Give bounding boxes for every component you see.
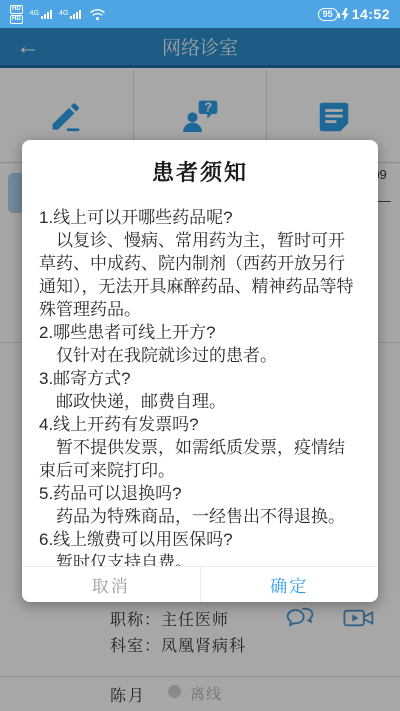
hd-badge: HD [10,5,23,14]
cancel-button[interactable]: 取消 [22,567,201,602]
dialog-body: 1.线上可以开哪些药品呢?以复诊、慢病、常用药为主，暂时可开草药、中成药、院内制… [39,206,361,566]
notice-line: 以复诊、慢病、常用药为主，暂时可开草药、中成药、院内制剂（西药开放另行通知），无… [39,229,361,321]
confirm-button[interactable]: 确定 [201,567,379,602]
wifi-icon [89,8,106,21]
battery-icon: 95 [318,8,338,21]
notice-line: 暂时仅支持自费。 [39,551,361,566]
notice-line: 4.线上开药有发票吗? [39,413,361,436]
status-bar: HD HD 4G 4G 95 [0,0,400,28]
dialog-buttons: 取消 确定 [22,566,378,602]
signal-icon: 4G [59,10,81,19]
hd-icon: HD HD [10,5,23,24]
dialog-title: 患者须知 [22,156,378,187]
charging-bolt-icon [341,8,349,21]
patient-notice-dialog: 患者须知 1.线上可以开哪些药品呢?以复诊、慢病、常用药为主，暂时可开草药、中成… [22,140,378,602]
notice-line: 药品为特殊商品，一经售出不得退换。 [39,505,361,528]
phone-screen: HD HD 4G 4G 95 [0,0,400,711]
status-left-cluster: HD HD 4G 4G [10,5,106,24]
network-type-label: 4G [30,10,39,17]
notice-line: 仅针对在我院就诊过的患者。 [39,344,361,367]
network-type-label: 4G [59,10,68,17]
signal-icon: 4G [30,10,52,19]
notice-line: 暂不提供发票，如需纸质发票，疫情结束后可来院打印。 [39,436,361,482]
notice-line: 3.邮寄方式? [39,367,361,390]
notice-line: 2.哪些患者可线上开方? [39,321,361,344]
notice-line: 1.线上可以开哪些药品呢? [39,206,361,229]
notice-line: 6.线上缴费可以用医保吗? [39,528,361,551]
notice-line: 5.药品可以退换吗? [39,482,361,505]
status-right-cluster: 95 14:52 [318,6,390,22]
clock-time: 14:52 [352,6,390,22]
hd-badge: HD [10,15,23,24]
notice-line: 邮政快递，邮费自理。 [39,390,361,413]
